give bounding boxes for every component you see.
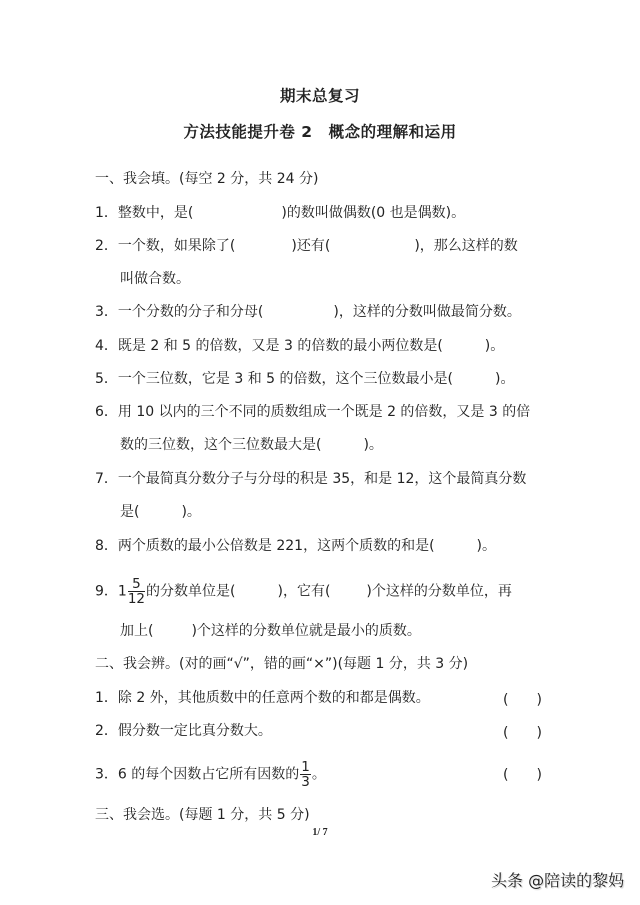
question-text: 3．6 的每个因数占它所有因数的 [95, 767, 299, 783]
question-text: 2．一个数，如果除了( [95, 238, 235, 254]
answer-paren[interactable]: ( ) [503, 764, 542, 784]
question-1-3: 3．一个分数的分子和分母()，这样的分数叫做最简分数。 [95, 303, 521, 321]
question-1-6: 6．用 10 以内的三个不同的质数组成一个既是 2 的倍数，又是 3 的倍 [95, 403, 530, 421]
question-1-9-continued: 加上()个这样的分数单位就是最小的质数。 [120, 622, 421, 640]
fraction-numerator: 1 [300, 760, 311, 775]
question-1-1: 1．整数中，是()的数叫做偶数(0 也是偶数)。 [95, 204, 465, 222]
question-text: 9．1 [95, 584, 127, 600]
question-1-2: 2．一个数，如果除了()还有()，那么这样的数 [95, 237, 518, 255]
question-text: )个这样的分数单位，再 [366, 584, 511, 600]
mixed-fraction: 512 [128, 577, 145, 606]
question-text: 3．一个分数的分子和分母( [95, 304, 263, 320]
question-2-1: 1．除 2 外，其他质数中的任意两个数的和都是偶数。 [95, 689, 430, 707]
question-2-2: 2．假分数一定比真分数大。 [95, 722, 272, 740]
question-1-2-continued: 叫做合数。 [120, 270, 190, 288]
question-1-6-continued: 数的三位数，这个三位数最大是()。 [120, 436, 383, 454]
fraction-denominator: 3 [300, 775, 311, 789]
question-text: 。 [312, 767, 326, 783]
answer-paren[interactable]: ( ) [503, 722, 542, 742]
question-1-7-continued: 是()。 [120, 503, 201, 521]
question-text: )，它有( [277, 584, 330, 600]
fraction-denominator: 12 [128, 592, 145, 606]
question-1-8: 8．两个质数的最小公倍数是 221，这两个质数的和是()。 [95, 537, 496, 555]
fraction: 13 [300, 760, 311, 789]
question-text: 加上( [120, 623, 153, 639]
document-title: 期末总复习 [0, 84, 640, 106]
question-text: )。 [363, 437, 382, 453]
watermark: 头条 @陪读的黎妈 [491, 868, 624, 891]
question-1-9: 9．1512的分数单位是()，它有()个这样的分数单位，再 [95, 577, 512, 606]
question-1-7: 7．一个最简真分数分子与分母的积是 35，和是 12，这个最简真分数 [95, 470, 526, 488]
question-text: 是( [120, 504, 139, 520]
question-2-3: 3．6 的每个因数占它所有因数的13。 [95, 760, 326, 789]
question-text: )。 [495, 371, 514, 387]
question-text: 1．整数中，是( [95, 205, 193, 221]
section3-heading: 三、我会选。(每题 1 分，共 5 分) [95, 806, 310, 824]
question-text: 5．一个三位数，它是 3 和 5 的倍数，这个三位数最小是( [95, 371, 453, 387]
question-text: )。 [485, 338, 504, 354]
page-number: 1/ 7 [0, 827, 640, 838]
question-1-5: 5．一个三位数，它是 3 和 5 的倍数，这个三位数最小是()。 [95, 370, 514, 388]
question-text: )。 [181, 504, 200, 520]
question-text: 的分数单位是( [146, 584, 235, 600]
fraction-numerator: 5 [128, 577, 145, 592]
question-text: )的数叫做偶数(0 也是偶数)。 [281, 205, 465, 221]
question-text: 数的三位数，这个三位数最大是( [120, 437, 321, 453]
question-text: 8．两个质数的最小公倍数是 221，这两个质数的和是( [95, 538, 435, 554]
answer-paren[interactable]: ( ) [503, 689, 542, 709]
section1-heading: 一、我会填。(每空 2 分，共 24 分) [95, 170, 318, 188]
question-text: )还有( [291, 238, 330, 254]
question-text: )，那么这样的数 [414, 238, 517, 254]
document-subtitle: 方法技能提升卷 2 概念的理解和运用 [0, 120, 640, 142]
question-text: )。 [477, 538, 496, 554]
question-text: 4．既是 2 和 5 的倍数，又是 3 的倍数的最小两位数是( [95, 338, 443, 354]
section2-heading: 二、我会辨。(对的画“√”，错的画“×”)(每题 1 分，共 3 分) [95, 655, 468, 673]
question-text: )，这样的分数叫做最简分数。 [333, 304, 520, 320]
question-1-4: 4．既是 2 和 5 的倍数，又是 3 的倍数的最小两位数是()。 [95, 337, 504, 355]
question-text: )个这样的分数单位就是最小的质数。 [191, 623, 420, 639]
